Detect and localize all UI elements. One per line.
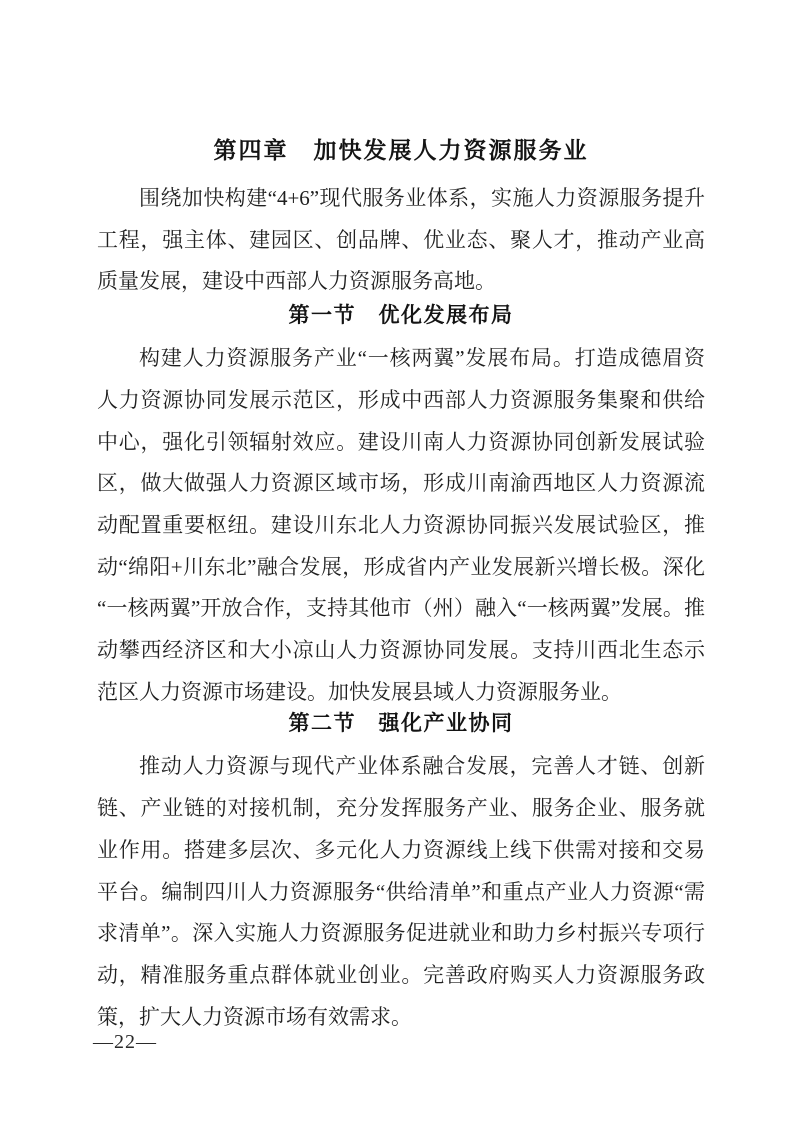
section-2-paragraph: 推动人力资源与现代产业体系融合发展，完善人才链、创新 链、产业链的对接机制，充分…: [97, 746, 705, 1038]
page-number: —22—: [93, 1030, 157, 1054]
paragraph-line: “一核两翼”开放合作，支持其他市（州）融入“一核两翼”发展。推: [97, 588, 705, 630]
document-page: 第四章 加快发展人力资源服务业 围绕加快构建“4+6”现代服务业体系，实施人力资…: [0, 0, 793, 1122]
content-column: 第四章 加快发展人力资源服务业 围绕加快构建“4+6”现代服务业体系，实施人力资…: [97, 0, 705, 1038]
paragraph-line: 推动人力资源与现代产业体系融合发展，完善人才链、创新: [97, 746, 705, 788]
paragraph-line: 动配置重要枢纽。建设川东北人力资源协同振兴发展试验区，推: [97, 505, 705, 547]
paragraph-line: 动，精准服务重点群体就业创业。完善政府购买人力资源服务政: [97, 955, 705, 997]
paragraph-line: 动“绵阳+川东北”融合发展，形成省内产业发展新兴增长极。深化: [97, 547, 705, 589]
paragraph-line: 工程，强主体、建园区、创品牌、优业态、聚人才，推动产业高: [97, 220, 705, 262]
section-1-paragraph: 构建人力资源服务产业“一核两翼”发展布局。打造成德眉资 人力资源协同发展示范区，…: [97, 338, 705, 713]
paragraph-line: 人力资源协同发展示范区，形成中西部人力资源服务集聚和供给: [97, 380, 705, 422]
intro-paragraph: 围绕加快构建“4+6”现代服务业体系，实施人力资源服务提升 工程，强主体、建园区…: [97, 178, 705, 303]
paragraph-line: 构建人力资源服务产业“一核两翼”发展布局。打造成德眉资: [97, 338, 705, 380]
paragraph-line: 求清单”。深入实施人力资源服务促进就业和助力乡村振兴专项行: [97, 913, 705, 955]
paragraph-line: 围绕加快构建“4+6”现代服务业体系，实施人力资源服务提升: [97, 178, 705, 220]
paragraph-line: 业作用。搭建多层次、多元化人力资源线上线下供需对接和交易: [97, 830, 705, 872]
paragraph-line: 平台。编制四川人力资源服务“供给清单”和重点产业人力资源“需: [97, 872, 705, 914]
paragraph-line: 策，扩大人力资源市场有效需求。: [97, 997, 705, 1039]
paragraph-line: 动攀西经济区和大小凉山人力资源协同发展。支持川西北生态示: [97, 630, 705, 672]
paragraph-line: 链、产业链的对接机制，充分发挥服务产业、服务企业、服务就: [97, 788, 705, 830]
paragraph-line: 中心，强化引领辐射效应。建设川南人力资源协同创新发展试验: [97, 422, 705, 464]
paragraph-line: 区，做大做强人力资源区域市场，形成川南渝西地区人力资源流: [97, 463, 705, 505]
chapter-title: 第四章 加快发展人力资源服务业: [97, 136, 705, 166]
